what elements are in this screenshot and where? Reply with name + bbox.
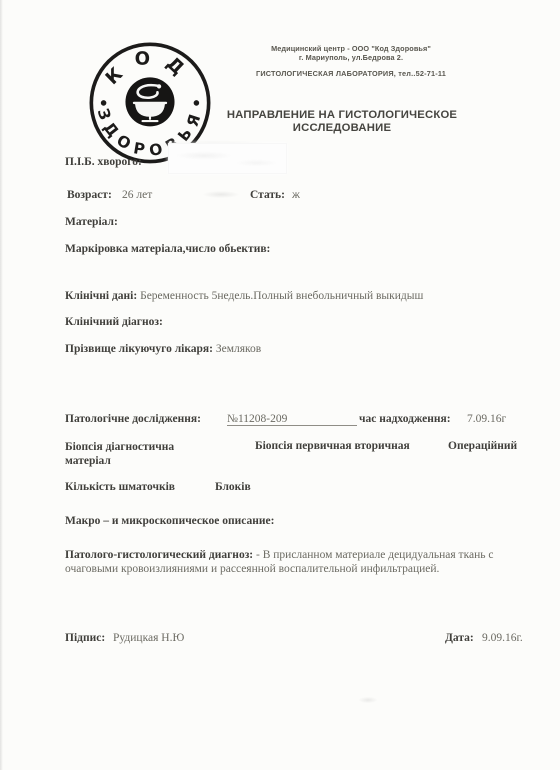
histological-diagnosis-label: Патолого-гистологический диагноз:: [65, 549, 253, 561]
clinic-name: Медицинский центр - ООО "Код Здоровья": [238, 44, 464, 53]
clinical-data-label: Клінічні дані:: [65, 290, 137, 302]
clinic-address: г. Мариуполь, ул.Бедрова 2.: [238, 53, 464, 62]
lab-contact-line: ГИСТОЛОГИЧЕСКАЯ ЛАБОРАТОРИЯ, тел..52-71-…: [222, 69, 480, 78]
date-label: Дата:: [445, 632, 474, 644]
patient-name-redaction: [168, 143, 287, 174]
date-value: 9.09.16г.: [482, 632, 523, 644]
pathology-exam-label: Патологічне дослідження:: [65, 413, 201, 425]
material-label: Матеріал:: [65, 216, 118, 228]
field-clinical-diagnosis: Клінічний діагноз:: [65, 316, 163, 328]
signature-label: Підпис:: [65, 632, 105, 644]
doctor-label: Прізвище лікуючуго лікаря:: [65, 343, 213, 355]
pieces-label: Кількість шматочків: [65, 481, 175, 493]
field-histological-diagnosis: Патолого-гистологический диагноз: - В пр…: [65, 549, 529, 576]
biopsy-diagnostic-label: Біопсія діагностична матеріал: [65, 440, 213, 468]
macro-description-label: Макро – и микроскопическое описание:: [65, 515, 274, 527]
age-label: Возраст:: [67, 189, 112, 201]
field-macro-description: Макро – и микроскопическое описание:: [65, 515, 274, 527]
field-material: Матеріал:: [65, 216, 118, 228]
age-value: 26 лет: [122, 189, 152, 201]
blocks-label: Блоків: [215, 481, 251, 493]
field-doctor: Прізвище лікуючуго лікаря: Земляков: [65, 343, 261, 355]
clinic-header: Медицинский центр - ООО "Код Здоровья" г…: [238, 44, 464, 62]
scan-edge-shadow: [0, 0, 3, 770]
clinical-data-value: Беременность 5недель.Полный внебольничны…: [140, 290, 423, 302]
stamp-right-dot: [194, 100, 200, 106]
marking-label: Маркіровка матеріала,число обьектив:: [65, 243, 270, 255]
field-marking: Маркіровка матеріала,число обьектив:: [65, 243, 270, 255]
received-time-value: 7.09.16г: [467, 413, 506, 425]
document-title: НАПРАВЛЕНИЕ НА ГИСТОЛОГИЧЕСКОЕ ИССЛЕДОВА…: [222, 109, 462, 135]
pathology-exam-number: №11208-209: [227, 413, 357, 426]
scan-smudge: [198, 190, 244, 199]
sex-label: Стать:: [250, 189, 285, 201]
received-time-label: час надходження:: [359, 413, 451, 425]
field-patient-name: П.І.Б. хворого:: [65, 156, 142, 168]
doctor-value: Земляков: [216, 343, 261, 355]
biopsy-primary-label: Біопсія первичная вторичная: [255, 440, 410, 452]
document-title-line1: НАПРАВЛЕНИЕ НА ГИСТОЛОГИЧЕСКОЕ: [222, 109, 462, 122]
stamp-left-dot: [101, 100, 107, 106]
clinical-diagnosis-label: Клінічний діагноз:: [65, 316, 163, 328]
patient-name-label: П.І.Б. хворого:: [65, 156, 142, 168]
field-clinical-data: Клінічні дані: Беременность 5недель.Полн…: [65, 290, 423, 302]
sex-value: ж: [292, 189, 300, 201]
scanned-referral-form: КОД ЗДОРОВЬЯ Медицинский центр - ООО "Ко…: [0, 0, 560, 770]
operational-label: Операційний: [448, 440, 517, 452]
signature-value: Рудицкая Н.Ю: [113, 632, 184, 644]
document-title-line2: ИССЛЕДОВАНИЕ: [222, 122, 462, 135]
scan-smudge: [356, 696, 380, 704]
